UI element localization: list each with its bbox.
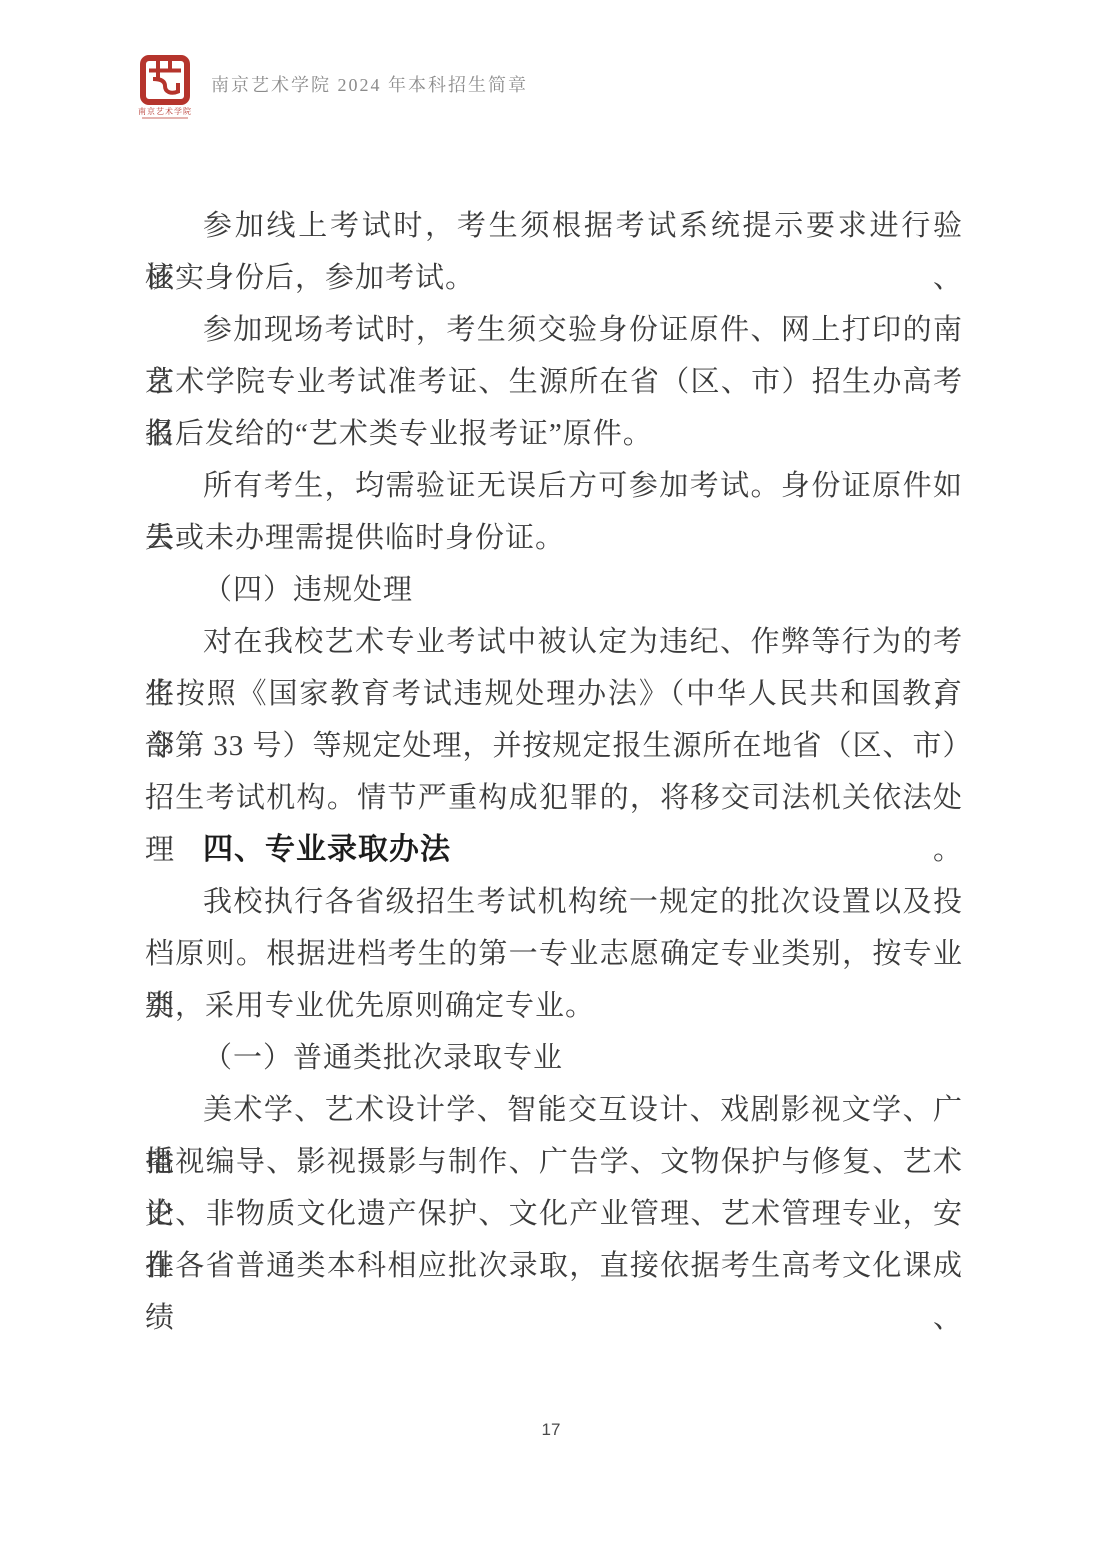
page-number: 17 [0,1420,1102,1440]
text-line: 我校执行各省级招生考试机构统一规定的批次设置以及投 [145,876,963,928]
logo-subline-decoration [142,117,188,119]
paragraph: 参加现场考试时，考生须交验身份证原件、网上打印的南京艺术学院专业考试准考证、生源… [145,304,963,460]
paragraph: （四）违规处理 [145,564,963,616]
text-line: 所有考生，均需验证无误后方可参加考试。身份证原件如丢 [145,460,963,512]
paragraph: 我校执行各省级招生考试机构统一规定的批次设置以及投档原则。根据进档考生的第一专业… [145,876,963,1032]
logo-caption: 南京艺术学院 [135,107,195,116]
text-line: 令第 33 号）等规定处理，并按规定报生源所在地省（区、市） [145,720,963,772]
text-line: 档原则。根据进档考生的第一专业志愿确定专业类别，按专业类 [145,928,963,980]
text-line: 招生考试机构。情节严重构成犯罪的，将移交司法机关依法处理。 [145,772,963,824]
paragraph: （一）普通类批次录取专业 [145,1032,963,1084]
text-line: 失或未办理需提供临时身份证。 [145,512,963,564]
paragraph: 美术学、艺术设计学、智能交互设计、戏剧影视文学、广播电视编导、影视摄影与制作、广… [145,1084,963,1292]
document-header: 南京艺术学院 南京艺术学院 2024 年本科招生简章 [135,55,528,119]
paragraph: 对在我校艺术专业考试中被认定为违纪、作弊等行为的考生，将按照《国家教育考试违规处… [145,616,963,824]
document-body: 参加线上考试时，考生须根据考试系统提示要求进行验证、核实身份后，参加考试。参加现… [145,200,963,1292]
text-line: 名后发给的“艺术类专业报考证”原件。 [145,408,963,460]
text-line: 在各省普通类本科相应批次录取，直接依据考生高考文化课成绩、 [145,1240,963,1292]
text-line: 电视编导、影视摄影与制作、广告学、文物保护与修复、艺术史 [145,1136,963,1188]
text-line: （一）普通类批次录取专业 [145,1032,963,1084]
university-seal-logo: 南京艺术学院 [135,55,195,119]
text-line: 将按照《国家教育考试违规处理办法》（中华人民共和国教育部 [145,668,963,720]
paragraph: 参加线上考试时，考生须根据考试系统提示要求进行验证、核实身份后，参加考试。 [145,200,963,304]
text-line: 美术学、艺术设计学、智能交互设计、戏剧影视文学、广播 [145,1084,963,1136]
text-line: 艺术学院专业考试准考证、生源所在省（区、市）招生办高考报 [145,356,963,408]
paragraph: 所有考生，均需验证无误后方可参加考试。身份证原件如丢失或未办理需提供临时身份证。 [145,460,963,564]
text-line: 论、非物质文化遗产保护、文化产业管理、艺术管理专业，安排 [145,1188,963,1240]
text-line: 参加现场考试时，考生须交验身份证原件、网上打印的南京 [145,304,963,356]
text-line: 参加线上考试时，考生须根据考试系统提示要求进行验证、 [145,200,963,252]
text-line: （四）违规处理 [145,564,963,616]
header-title: 南京艺术学院 2024 年本科招生简章 [211,71,528,97]
text-line: 对在我校艺术专业考试中被认定为违纪、作弊等行为的考生， [145,616,963,668]
text-line: 别，采用专业优先原则确定专业。 [145,980,963,1032]
nua-seal-icon [140,55,190,105]
document-page: 南京艺术学院 南京艺术学院 2024 年本科招生简章 参加线上考试时，考生须根据… [0,0,1102,1559]
